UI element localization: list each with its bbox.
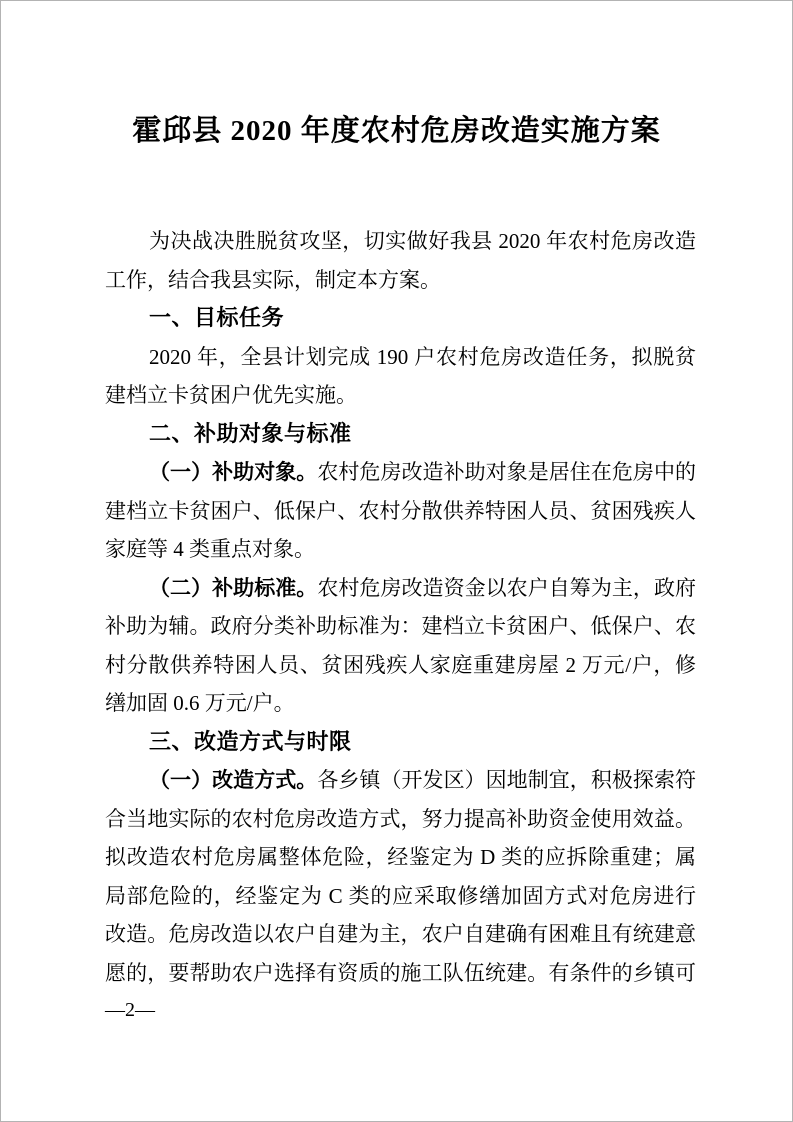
text-line: （一）补助对象。农村危房改造补助对象是居住在危房中的 [105, 453, 696, 492]
text-line: 家庭等 4 类重点对象。 [105, 530, 696, 569]
page-number: —2— [105, 999, 696, 1021]
text-line: （一）改造方式。各乡镇（开发区）因地制宜，积极探索符 [105, 761, 696, 800]
text-line: 工作，结合我县实际，制定本方案。 [105, 261, 696, 300]
text-line: 改造。危房改造以农户自建为主，农户自建确有困难且有统建意 [105, 915, 696, 954]
bold-lead: （二）补助标准。 [149, 576, 317, 600]
text-line: 建档立卡贫困户、低保户、农村分散供养特困人员、贫困残疾人 [105, 492, 696, 531]
text-line: 合当地实际的农村危房改造方式，努力提高补助资金使用效益。 [105, 800, 696, 839]
section-heading: 三、改造方式与时限 [105, 723, 696, 762]
paragraph: 为决战决胜脱贫攻坚，切实做好我县 2020 年农村危房改造工作，结合我县实际，制… [105, 222, 696, 299]
text-line: 缮加固 0.6 万元/户。 [105, 684, 696, 723]
paragraph: （二）补助标准。农村危房改造资金以农户自筹为主，政府补助为辅。政府分类补助标准为… [105, 569, 696, 723]
document-title: 霍邱县 2020 年度农村危房改造实施方案 [1, 109, 792, 153]
text-line: 愿的，要帮助农户选择有资质的施工队伍统建。有条件的乡镇可 [105, 954, 696, 993]
document-body: 为决战决胜脱贫攻坚，切实做好我县 2020 年农村危房改造工作，结合我县实际，制… [105, 222, 696, 992]
text-line: 局部危险的，经鉴定为 C 类的应采取修缮加固方式对危房进行 [105, 877, 696, 916]
paragraph: （一）改造方式。各乡镇（开发区）因地制宜，积极探索符合当地实际的农村危房改造方式… [105, 761, 696, 992]
text-line: （二）补助标准。农村危房改造资金以农户自筹为主，政府 [105, 569, 696, 608]
section-heading: 二、补助对象与标准 [105, 415, 696, 454]
section-heading: 一、目标任务 [105, 299, 696, 338]
text-line: 补助为辅。政府分类补助标准为：建档立卡贫困户、低保户、农 [105, 607, 696, 646]
text-line: 建档立卡贫困户优先实施。 [105, 376, 696, 415]
bold-lead: （一）改造方式。 [149, 768, 317, 792]
text-line: 拟改造农村危房属整体危险，经鉴定为 D 类的应拆除重建；属 [105, 838, 696, 877]
paragraph: （一）补助对象。农村危房改造补助对象是居住在危房中的建档立卡贫困户、低保户、农村… [105, 453, 696, 569]
document-page: 霍邱县 2020 年度农村危房改造实施方案 为决战决胜脱贫攻坚，切实做好我县 2… [0, 0, 793, 1122]
paragraph: 2020 年，全县计划完成 190 户农村危房改造任务，拟脱贫建档立卡贫困户优先… [105, 338, 696, 415]
bold-lead: （一）补助对象。 [149, 460, 317, 484]
text-line: 村分散供养特困人员、贫困残疾人家庭重建房屋 2 万元/户，修 [105, 646, 696, 685]
text-line: 2020 年，全县计划完成 190 户农村危房改造任务，拟脱贫 [105, 338, 696, 377]
text-line: 为决战决胜脱贫攻坚，切实做好我县 2020 年农村危房改造 [105, 222, 696, 261]
